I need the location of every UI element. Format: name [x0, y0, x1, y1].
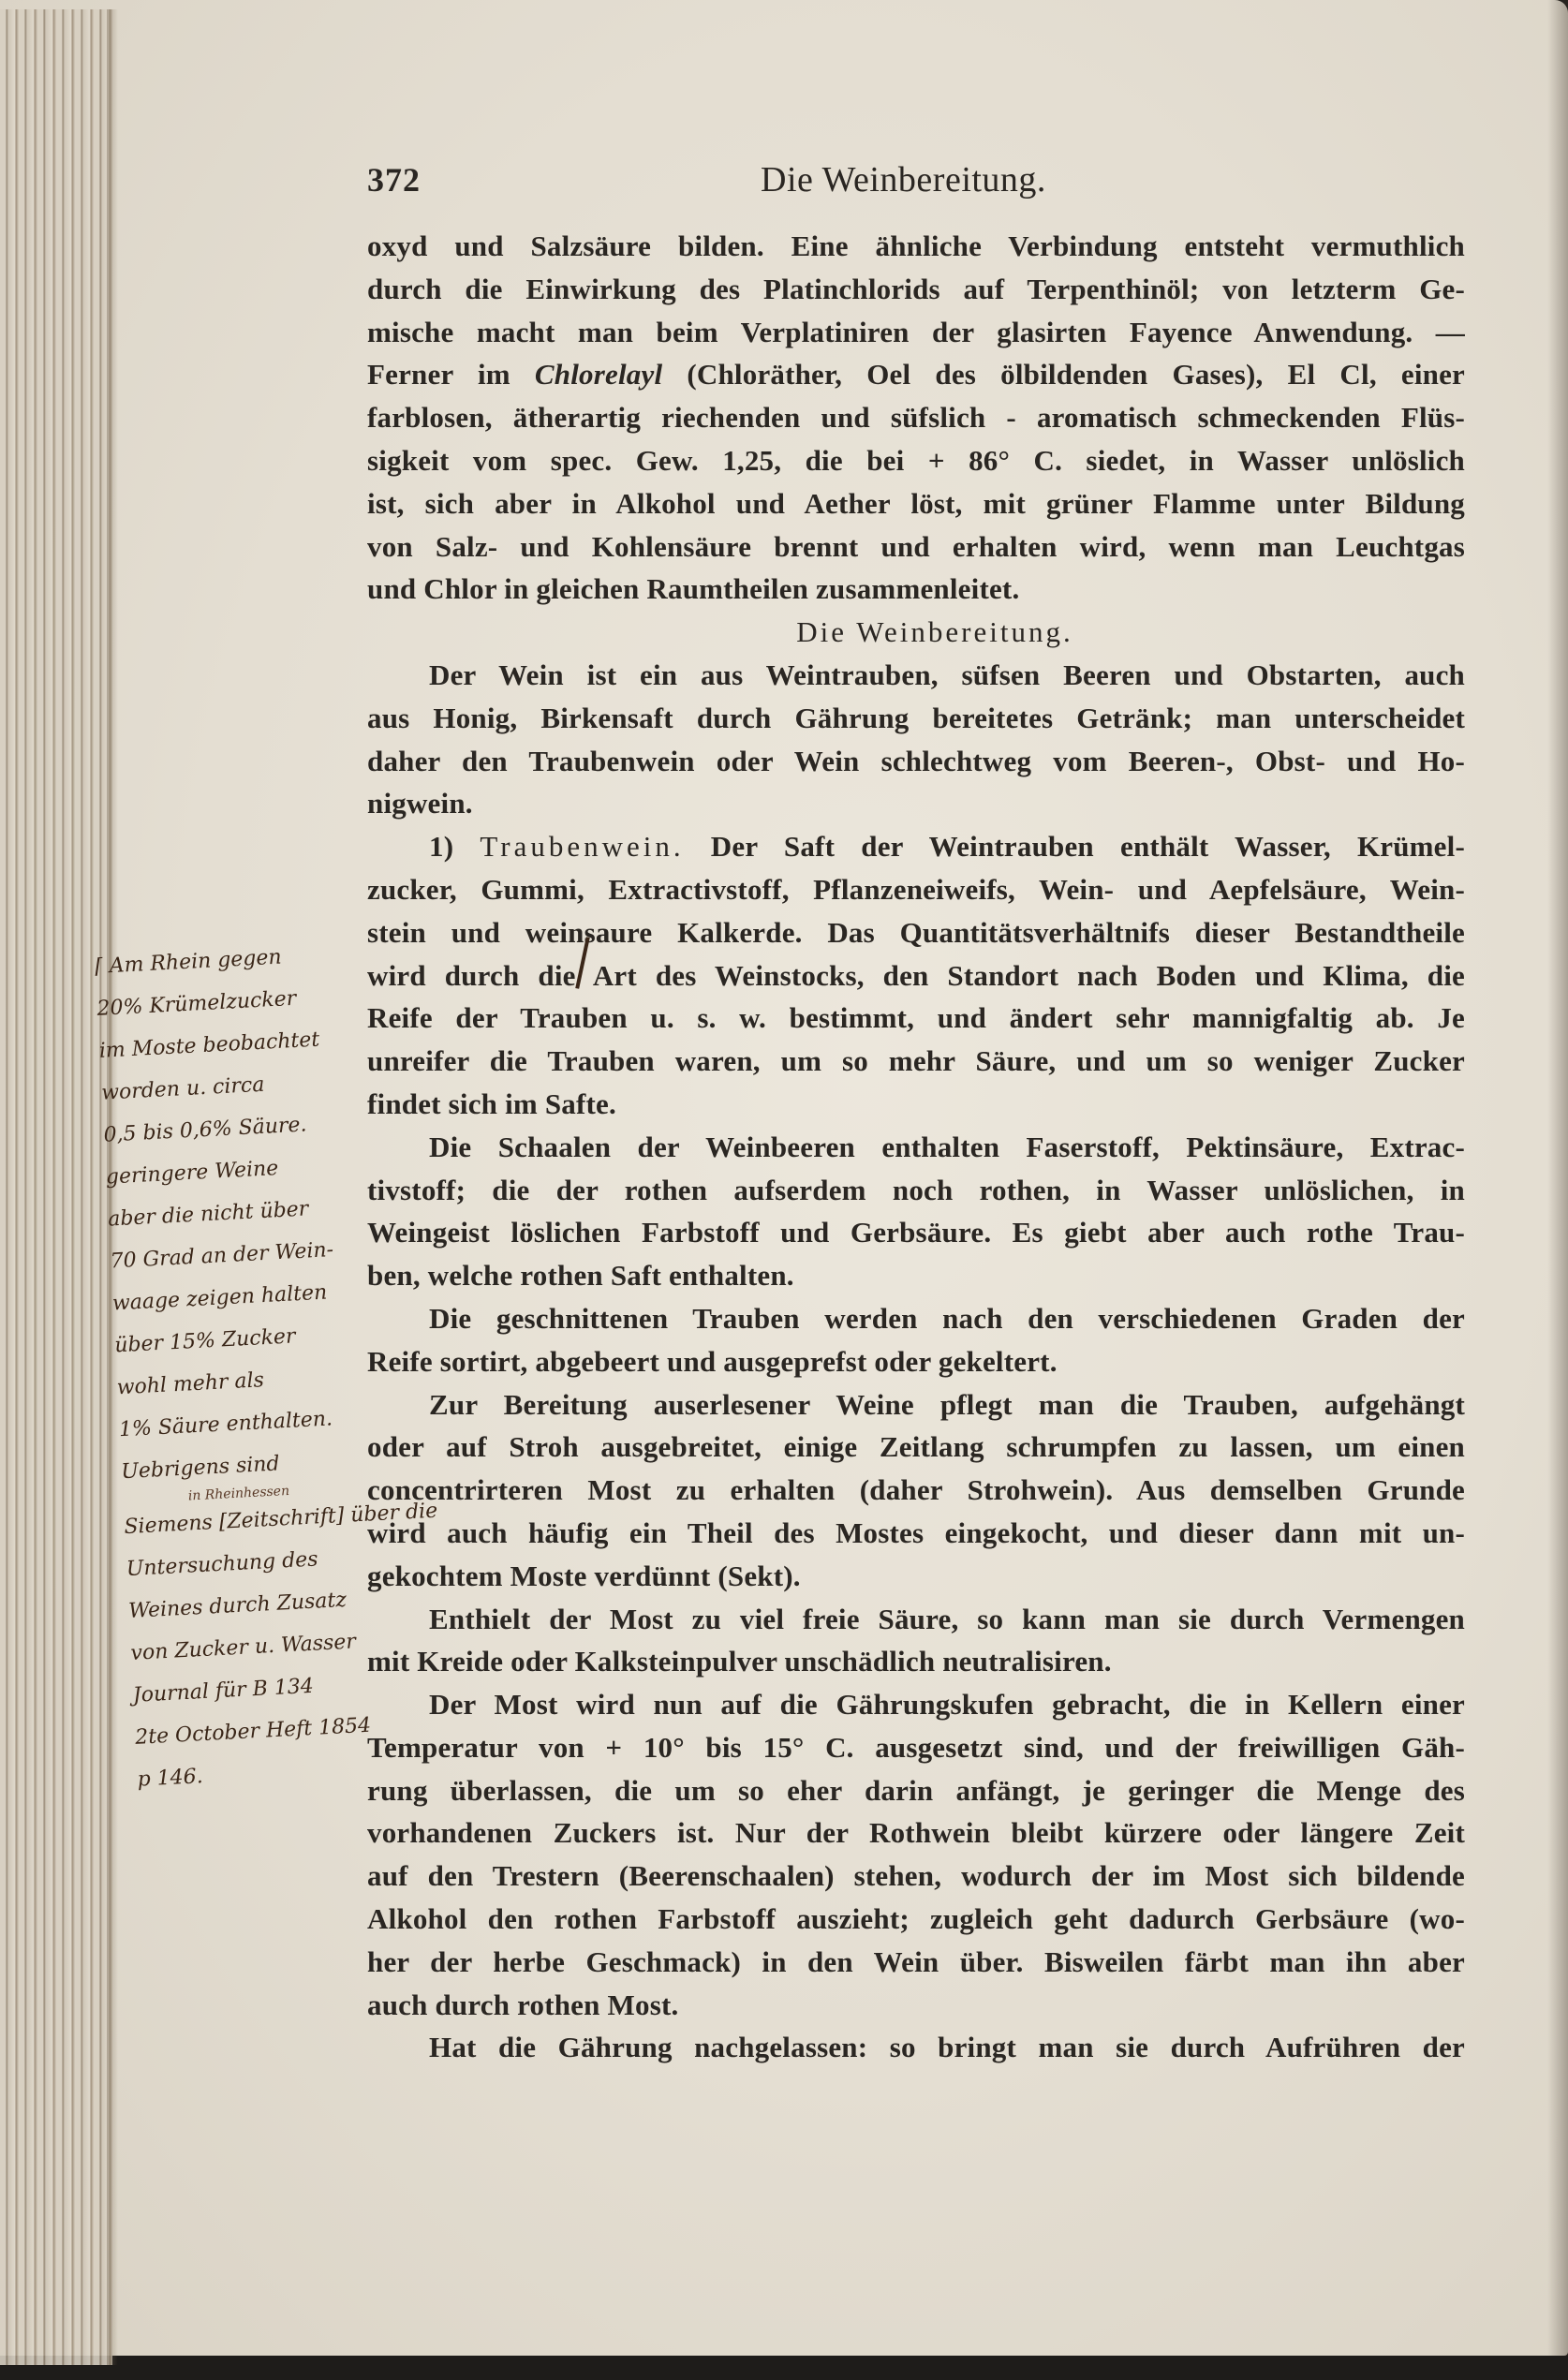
paragraph-chlorelayl: oxyd und Salzsäure bilden. Eine ähnliche…: [367, 225, 1465, 611]
text-line: durch die Einwirkung des Platinchlorids …: [367, 268, 1465, 311]
text-fragment: Ferner im: [367, 358, 535, 391]
page-edges: [0, 9, 112, 2365]
text-line: Die Schaalen der Weinbeeren enthalten Fa…: [367, 1126, 1465, 1169]
running-head: 372 Die Weinbereitung.: [367, 159, 1465, 225]
text-line: aus Honig, Birkensaft durch Gährung bere…: [367, 697, 1465, 740]
paragraph-intro: Der Wein ist ein aus Weintrauben, süfsen…: [367, 654, 1465, 825]
text-line: Hat die Gährung nachgelassen: so bringt …: [367, 2026, 1465, 2069]
text-line: ben, welche rothen Saft enthalten.: [367, 1254, 1465, 1297]
text-line: wird durch die Art des Weinstocks, den S…: [367, 954, 1465, 998]
paragraph-saeure: Enthielt der Most zu viel freie Säure, s…: [367, 1598, 1465, 1684]
handwritten-margin-note: ⌈ Am Rhein gegen 20% Krümelzucker im Mos…: [94, 931, 419, 1800]
italic-term: Chlorelayl: [535, 358, 662, 391]
text-line: 1) Traubenwein. Der Saft der Weintrauben…: [367, 825, 1465, 868]
text-line: wird auch häufig ein Theil des Mostes ei…: [367, 1512, 1465, 1555]
page-number: 372: [367, 159, 761, 202]
text-line: Die geschnittenen Trauben werden nach de…: [367, 1297, 1465, 1340]
text-line: und Chlor in gleichen Raumtheilen zusamm…: [367, 568, 1465, 611]
text-line: Reife sortirt, abgebeert und ausgeprefst…: [367, 1340, 1465, 1383]
text-fragment: (Chloräther, Oel des ölbildenden Gases),…: [662, 358, 1465, 391]
text-line: vorhandenen Zuckers ist. Nur der Rothwei…: [367, 1811, 1465, 1855]
text-line: Zur Bereitung auserlesener Weine pflegt …: [367, 1383, 1465, 1427]
text-line: Temperatur von + 10° bis 15° C. ausgeset…: [367, 1726, 1465, 1769]
text-line: Ferner im Chlorelayl (Chloräther, Oel de…: [367, 353, 1465, 396]
page-curl-shadow: [1547, 0, 1568, 2356]
text-line: concentrirteren Most zu erhalten (daher …: [367, 1469, 1465, 1512]
text-line: mit Kreide oder Kalksteinpulver unschädl…: [367, 1640, 1465, 1683]
text-line: farblosen, ätherartig riechenden und süf…: [367, 396, 1465, 439]
text-line: rung überlassen, die um so eher darin an…: [367, 1769, 1465, 1812]
book-page: 372 Die Weinbereitung. oxyd und Salzsäur…: [0, 0, 1568, 2356]
list-number: 1): [429, 830, 480, 863]
text-line: her der herbe Geschmack) in den Wein übe…: [367, 1941, 1465, 1984]
text-line: zucker, Gummi, Extractivstoff, Pflanzene…: [367, 868, 1465, 911]
text-line: oder auf Stroh ausgebreitet, einige Zeit…: [367, 1426, 1465, 1469]
text-line: daher den Traubenwein oder Wein schlecht…: [367, 740, 1465, 783]
text-line: gekochtem Moste verdünnt (Sekt).: [367, 1555, 1465, 1598]
text-line: mische macht man beim Verplatiniren der …: [367, 311, 1465, 354]
text-line: auf den Trestern (Beerenschaalen) stehen…: [367, 1855, 1465, 1898]
paragraph-strohwein: Zur Bereitung auserlesener Weine pflegt …: [367, 1383, 1465, 1598]
text-line: ist, sich aber in Alkohol und Aether lös…: [367, 482, 1465, 525]
text-line: unreifer die Trauben waren, um so mehr S…: [367, 1040, 1465, 1083]
printed-text: 372 Die Weinbereitung. oxyd und Salzsäur…: [367, 159, 1465, 2069]
text-line: Der Wein ist ein aus Weintrauben, süfsen…: [367, 654, 1465, 697]
text-line: tivstoff; die der rothen aufserdem noch …: [367, 1169, 1465, 1212]
paragraph-geschnittenen: Die geschnittenen Trauben werden nach de…: [367, 1297, 1465, 1383]
text-line: Weingeist löslichen Farbstoff und Gerbsä…: [367, 1211, 1465, 1254]
paragraph-schaalen: Die Schaalen der Weinbeeren enthalten Fa…: [367, 1126, 1465, 1297]
subheading-traubenwein: Traubenwein.: [480, 830, 684, 863]
text-line: findet sich im Safte.: [367, 1083, 1465, 1126]
text-line: Enthielt der Most zu viel freie Säure, s…: [367, 1598, 1465, 1641]
text-line: Reife der Trauben u. s. w. bestimmt, und…: [367, 997, 1465, 1040]
text-line: Der Most wird nun auf die Gährungskufen …: [367, 1683, 1465, 1726]
text-fragment: Der Saft der Weintrauben enthält Wasser,…: [685, 830, 1465, 863]
paragraph-traubenwein: 1) Traubenwein. Der Saft der Weintrauben…: [367, 825, 1465, 1126]
running-title: Die Weinbereitung.: [761, 159, 1046, 202]
section-heading: Die Weinbereitung.: [367, 611, 1465, 654]
text-line: Alkohol den rothen Farbstoff auszieht; z…: [367, 1898, 1465, 1941]
text-line: nigwein.: [367, 782, 1465, 825]
text-line: oxyd und Salzsäure bilden. Eine ähnliche…: [367, 225, 1465, 268]
text-line: auch durch rothen Most.: [367, 1984, 1465, 2027]
text-line: sigkeit vom spec. Gew. 1,25, die bei + 8…: [367, 439, 1465, 482]
paragraph-nachgelassen: Hat die Gährung nachgelassen: so bringt …: [367, 2026, 1465, 2069]
paragraph-gaehrung: Der Most wird nun auf die Gährungskufen …: [367, 1683, 1465, 2026]
text-line: von Salz- und Kohlensäure brennt und erh…: [367, 525, 1465, 569]
text-line: stein und weinsaure Kalkerde. Das Quanti…: [367, 911, 1465, 954]
